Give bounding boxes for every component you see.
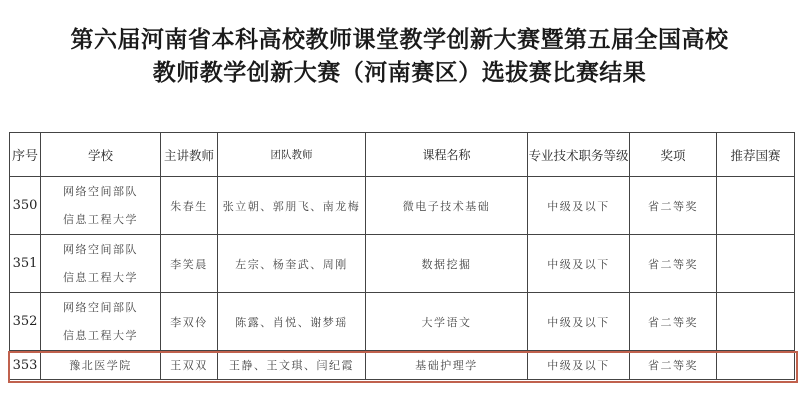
table-row: 352 网络空间部队 信息工程大学 李双伶 陈露、肖悦、谢梦瑶 大学语文 中级及… <box>10 293 795 351</box>
cell-seq: 350 <box>10 177 41 235</box>
cell-recommend-national <box>717 177 795 235</box>
cell-title-level: 中级及以下 <box>528 293 630 351</box>
cell-school: 网络空间部队 信息工程大学 <box>41 293 161 351</box>
cell-title-level: 中级及以下 <box>528 351 630 380</box>
cell-team-teachers: 左宗、杨奎武、周刚 <box>218 235 366 293</box>
header-award: 奖项 <box>630 133 717 177</box>
table-header-row: 序号 学校 主讲教师 团队教师 课程名称 专业技术职务等级 奖项 推荐国赛 <box>10 133 795 177</box>
school-line-1: 网络空间部队 <box>41 236 160 264</box>
table-row-highlighted: 353 豫北医学院 王双双 王静、王文琪、闫纪霞 基础护理学 中级及以下 省二等… <box>10 351 795 380</box>
school-line-2: 信息工程大学 <box>41 322 160 350</box>
cell-recommend-national <box>717 293 795 351</box>
table-row: 350 网络空间部队 信息工程大学 朱春生 张立朝、郭朋飞、南龙梅 微电子技术基… <box>10 177 795 235</box>
document-title-line-2: 教师教学创新大赛（河南赛区）选拔赛比赛结果 <box>0 54 799 87</box>
cell-title-level: 中级及以下 <box>528 235 630 293</box>
cell-team-teachers: 陈露、肖悦、谢梦瑶 <box>218 293 366 351</box>
header-lead-teacher: 主讲教师 <box>161 133 218 177</box>
cell-lead-teacher: 朱春生 <box>161 177 218 235</box>
cell-team-teachers: 王静、王文琪、闫纪霞 <box>218 351 366 380</box>
header-course-name: 课程名称 <box>366 133 528 177</box>
cell-award: 省二等奖 <box>630 177 717 235</box>
header-team-teachers: 团队教师 <box>218 133 366 177</box>
cell-school: 网络空间部队 信息工程大学 <box>41 177 161 235</box>
cell-course-name: 微电子技术基础 <box>366 177 528 235</box>
cell-title-level: 中级及以下 <box>528 177 630 235</box>
cell-award: 省二等奖 <box>630 293 717 351</box>
cell-award: 省二等奖 <box>630 235 717 293</box>
table-row: 351 网络空间部队 信息工程大学 李笑晨 左宗、杨奎武、周刚 数据挖掘 中级及… <box>10 235 795 293</box>
cell-team-teachers: 张立朝、郭朋飞、南龙梅 <box>218 177 366 235</box>
cell-award: 省二等奖 <box>630 351 717 380</box>
cell-school: 豫北医学院 <box>41 351 161 380</box>
cell-school: 网络空间部队 信息工程大学 <box>41 235 161 293</box>
cell-course-name: 大学语文 <box>366 293 528 351</box>
cell-recommend-national <box>717 351 795 380</box>
school-line-1: 网络空间部队 <box>41 178 160 206</box>
cell-seq: 351 <box>10 235 41 293</box>
cell-seq: 353 <box>10 351 41 380</box>
school-line-1: 网络空间部队 <box>41 294 160 322</box>
header-title-level: 专业技术职务等级 <box>528 133 630 177</box>
results-table: 序号 学校 主讲教师 团队教师 课程名称 专业技术职务等级 奖项 推荐国赛 35… <box>9 132 795 380</box>
document-title-line-1: 第六届河南省本科高校教师课堂教学创新大赛暨第五届全国高校 <box>0 21 799 54</box>
cell-lead-teacher: 李双伶 <box>161 293 218 351</box>
header-seq: 序号 <box>10 133 41 177</box>
cell-seq: 352 <box>10 293 41 351</box>
cell-recommend-national <box>717 235 795 293</box>
cell-lead-teacher: 王双双 <box>161 351 218 380</box>
cell-course-name: 数据挖掘 <box>366 235 528 293</box>
school-line-2: 信息工程大学 <box>41 264 160 292</box>
header-school: 学校 <box>41 133 161 177</box>
cell-course-name: 基础护理学 <box>366 351 528 380</box>
cell-lead-teacher: 李笑晨 <box>161 235 218 293</box>
header-recommend-national: 推荐国赛 <box>717 133 795 177</box>
school-line-2: 信息工程大学 <box>41 206 160 234</box>
